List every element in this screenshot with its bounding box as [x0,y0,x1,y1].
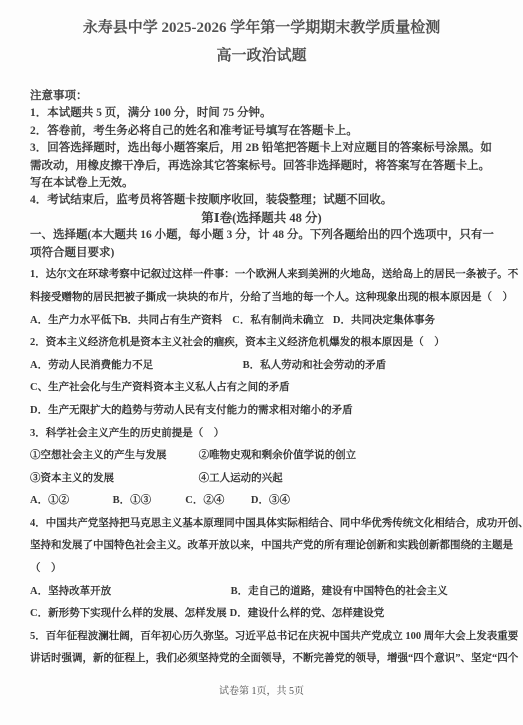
notice-line-2: 2．答卷前，考生务必将自己的姓名和准考证号填写在答题卡上。 [30,123,493,140]
notice-line-3-cont: 需改动，用橡皮擦干净后，再选涂其它答案标号。回答非选择题时，将答案写在答题卡上。 [30,158,493,175]
q2-stem: 2．资本主义经济危机是资本主义社会的痼疾，资本主义经济危机爆发的根本原因是（ ） [30,332,493,355]
q4-option-a: A．坚持改革开放 [30,581,228,604]
q4-option-b: B．走自己的道路，建设有中国特色的社会主义 [231,581,448,604]
q3-option-a: A．①② [30,490,110,513]
q3-item-2: ②唯物史观和剩余价值学说的创立 [199,445,357,468]
q3-item-4: ④工人运动的兴起 [199,468,283,491]
paper-title: 永寿县中学 2025-2026 学年第一学期期末教学质量检测 [30,19,493,38]
q2-options-row-ab: A．劳动人民消费能力不足 B．私人劳动和社会劳动的矛盾 [30,355,493,378]
q1-option-a: A．生产力水平低下 [30,310,118,333]
notice-line-4: 4．考试结束后，监考员将答题卡按顺序收回，装袋整理；试题不回收。 [30,192,493,209]
q1-option-b: B．共同占有生产资料 [121,310,230,333]
q5-stem-line-2: 讲话时强调，新的征程上，我们必须坚持党的全面领导，不断完善党的领导，增强“四个意… [30,648,493,671]
q2-option-d: D．生产无限扩大的趋势与劳动人民有支付能力的需求相对缩小的矛盾 [30,400,493,423]
q3-options-row: A．①② B．①③ C．②④ D．③④ [30,490,493,513]
paper-subtitle: 高一政治试题 [30,47,493,65]
q4-stem-line-1: 4．中国共产党坚持把马克思主义基本原理同中国具体实际相结合、同中华优秀传统文化相… [30,513,493,536]
questions-block: 1．达尔文在环球考察中记叙过这样一件事：一个欧洲人来到美洲的火地岛，送给岛上的居… [30,264,493,671]
section1-intro-line-1: 一、选择题(本大题共 16 小题，每小题 3 分，计 48 分。下列各题给出的四… [30,227,493,245]
q4-stem-line-2: 坚持和发展了中国特色社会主义。改革开放以来，中国共产党的所有理论创新和实践创新都… [30,535,493,558]
q4-option-d: D．建设什么样的党、怎样建设党 [230,603,385,626]
q1-stem-line-2: 料接受赠物的居民把被子撕成一块块的布片，分给了当地的每一个人。这种现象出现的根本… [30,287,493,310]
q2-option-a: A．劳动人民消费能力不足 [30,355,240,378]
section1-intro-line-2: 项符合题目要求) [30,245,493,263]
page-footer: 试卷第 1页，共 5页 [30,685,493,698]
q1-stem-line-1: 1．达尔文在环球考察中记叙过这样一件事：一个欧洲人来到美洲的火地岛，送给岛上的居… [30,264,493,287]
notice-line-3: 3．回答选择题时，选出每小题答案后，用 2B 铅笔把答题卡上对应题目的答案标号涂… [30,140,493,157]
q4-options-row-ab: A．坚持改革开放 B．走自己的道路，建设有中国特色的社会主义 [30,581,493,604]
q1-option-c: C．私有制尚未确立 [232,310,330,333]
notice-section: 注意事项： 1．本试题共 5 页，满分 100 分，时间 75 分钟。 2．答卷… [30,88,493,210]
q3-stem: 3．科学社会主义产生的历史前提是（ ） [30,423,493,446]
notice-line-1: 1．本试题共 5 页，满分 100 分，时间 75 分钟。 [30,105,493,122]
q5-stem-line-1: 5．百年征程波澜壮阔，百年初心历久弥坚。习近平总书记在庆祝中国共产党成立 100… [30,626,493,649]
notice-line-3-end: 写在本试卷上无效。 [30,175,493,192]
q1-option-d: D．共同决定集体事务 [333,310,435,333]
q4-options-row-cd: C．新形势下实现什么样的发展、怎样发展 D．建设什么样的党、怎样建设党 [30,603,493,626]
part1-title: 第Ⅰ卷(选择题共 48 分) [30,210,493,228]
q3-item-3: ③资本主义的发展 [30,468,196,491]
q3-option-c: C．②④ [185,490,248,513]
notice-heading: 注意事项： [30,88,493,105]
q3-option-b: B．①③ [113,490,183,513]
q3-item-1: ①空想社会主义的产生与发展 [30,445,196,468]
exam-paper-page: 永寿县中学 2025-2026 学年第一学期期末教学质量检测 高一政治试题 注意… [0,0,523,725]
q3-option-d: D．③④ [251,490,290,513]
q4-stem-line-3: （ ） [30,558,493,581]
q2-option-c: C、生产社会化与生产资料资本主义私人占有之间的矛盾 [30,377,493,400]
q2-option-b: B．私人劳动和社会劳动的矛盾 [243,355,387,378]
q3-items-row-34: ③资本主义的发展 ④工人运动的兴起 [30,468,493,491]
q4-option-c: C．新形势下实现什么样的发展、怎样发展 [30,603,227,626]
q3-items-row-12: ①空想社会主义的产生与发展 ②唯物史观和剩余价值学说的创立 [30,445,493,468]
q1-options-row: A．生产力水平低下 B．共同占有生产资料 C．私有制尚未确立 D．共同决定集体事… [30,310,493,333]
